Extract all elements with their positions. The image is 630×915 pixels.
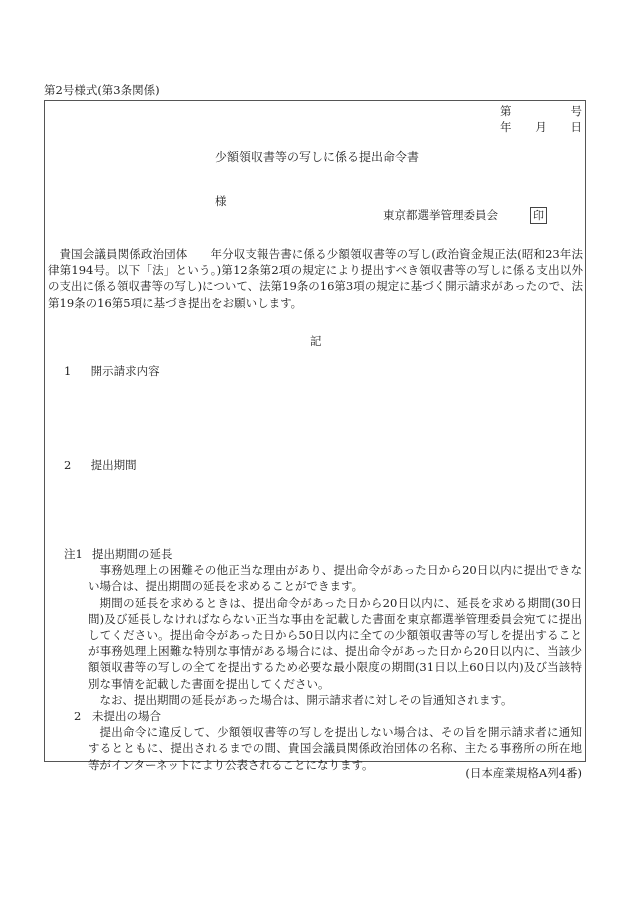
- issuer-name: 東京都選挙管理委員会: [383, 210, 498, 222]
- day-label: 日: [571, 119, 583, 135]
- number-date-block: 第 号 年 月 日: [500, 103, 582, 135]
- number-suffix: 号: [571, 103, 583, 119]
- notes-section: 注1 提出期間の延長 事務処理上の困難その他正当な理由があり、提出命令があった日…: [64, 546, 582, 773]
- year-label: 年: [500, 119, 512, 135]
- addressee-suffix: 様: [215, 196, 227, 208]
- item-label: 開示請求内容: [91, 364, 160, 378]
- item-number: 1: [64, 364, 71, 378]
- ki-heading: 記: [310, 336, 322, 348]
- form-number-label: 第2号様式(第3条関係): [44, 85, 160, 97]
- note1-body: 事務処理上の困難その他正当な理由があり、提出命令があった日から20日以内に提出で…: [64, 562, 582, 708]
- date-row: 年 月 日: [500, 119, 582, 135]
- note-number: 2: [74, 708, 92, 724]
- item-disclosure-request: 1 開示請求内容: [64, 366, 160, 378]
- body-paragraph-block: 貴国会議員関係政治団体 年分収支報告書に係る少額領収書等の写し(政治資金規正法(…: [48, 246, 583, 311]
- seal-icon: 印: [530, 207, 547, 224]
- note1-heading: 注1 提出期間の延長: [64, 546, 582, 562]
- note-paragraph: 期間の延長を求めるときは、提出命令があった日から20日以内に、延長を求める期間(…: [88, 595, 582, 692]
- month-label: 月: [535, 119, 547, 135]
- note-title: 未提出の場合: [92, 708, 161, 724]
- body-paragraph: 貴国会議員関係政治団体 年分収支報告書に係る少額領収書等の写し(政治資金規正法(…: [48, 246, 583, 311]
- item-label: 提出期間: [91, 458, 137, 472]
- note-paragraph: 事務処理上の困難その他正当な理由があり、提出命令があった日から20日以内に提出で…: [88, 562, 582, 594]
- paper-size-footer: (日本産業規格A列4番): [465, 768, 582, 780]
- number-prefix: 第: [500, 103, 512, 119]
- document-title: 少額領収書等の写しに係る提出命令書: [215, 151, 419, 163]
- document-number-row: 第 号: [500, 103, 582, 119]
- note-number: 注1: [64, 546, 92, 562]
- note-paragraph: なお、提出期間の延長があった場合は、開示請求者に対しその旨通知されます。: [88, 692, 582, 708]
- note-title: 提出期間の延長: [92, 546, 173, 562]
- item-submission-period: 2 提出期間: [64, 460, 137, 472]
- note2-heading: 2 未提出の場合: [64, 708, 582, 724]
- item-number: 2: [64, 458, 71, 472]
